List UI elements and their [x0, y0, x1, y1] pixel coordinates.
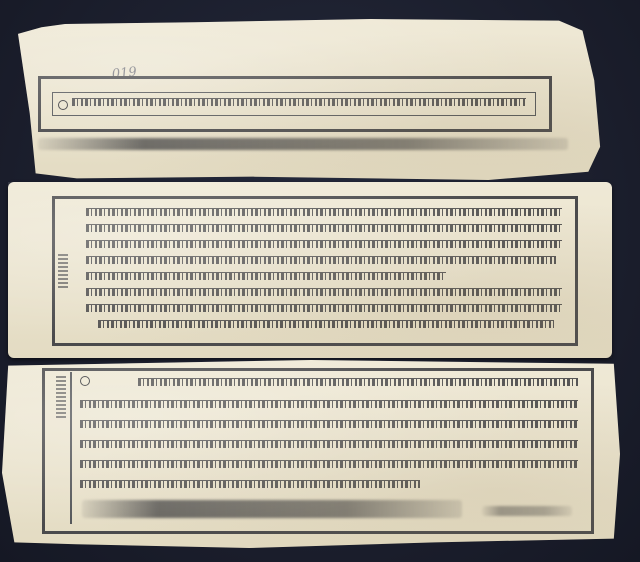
- text-line: [86, 288, 562, 296]
- margin-notation-icon: [58, 254, 68, 288]
- text-line: [138, 378, 578, 386]
- margin-column-divider: [70, 372, 73, 524]
- text-line: [80, 460, 578, 468]
- ink-smudge: [82, 500, 462, 518]
- text-line: [80, 440, 578, 448]
- ink-smudge-band: [38, 138, 568, 150]
- text-line: [80, 480, 420, 488]
- text-line: [86, 304, 562, 312]
- folio-top: 019: [18, 14, 606, 180]
- text-line: [80, 400, 578, 408]
- text-line: [86, 224, 562, 232]
- folio-middle: [8, 182, 612, 358]
- text-line: [86, 208, 562, 216]
- ink-smudge: [482, 506, 572, 516]
- text-line: [86, 256, 556, 264]
- vertical-margin-label-icon: [56, 376, 66, 418]
- yig-mgo-ornament-icon: [80, 376, 90, 386]
- yig-mgo-ornament-icon: [58, 100, 68, 110]
- text-line: [86, 240, 562, 248]
- title-text-line: [72, 98, 526, 106]
- text-line: [86, 272, 446, 280]
- text-line: [98, 320, 554, 328]
- text-line: [80, 420, 578, 428]
- folio-bottom: [2, 360, 620, 548]
